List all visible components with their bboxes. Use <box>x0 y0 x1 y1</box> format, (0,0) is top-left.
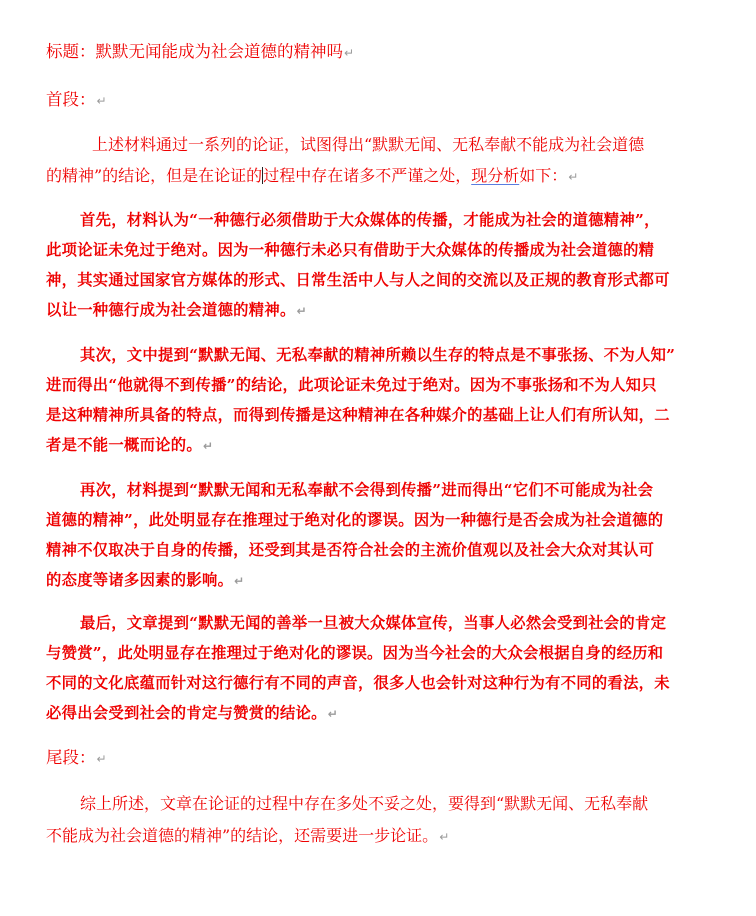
p4-line-1: 最后，文章提到“默默无闻的善举一旦被大众媒体宣传，当事人必然会受到社会的肯定 <box>80 613 750 633</box>
p1-line-2: 此项论证未免过于绝对。因为一种德行未必只有借助于大众媒体的传播成为社会道德的精 <box>46 240 716 260</box>
paragraph-mark-icon: ↵ <box>568 170 578 184</box>
p3-line-3: 精神不仅取决于自身的传播，还受到其是否符合社会的主流价值观以及社会大众对其认可 <box>46 540 716 560</box>
paragraph-mark-icon: ↵ <box>97 94 107 108</box>
p2-line-1: 其次，文中提到“默默无闻、无私奉献的精神所赖以生存的特点是不事张扬、不为人知” <box>80 345 750 365</box>
p4-line-4-text: 必得出会受到社会的肯定与赞赏的结论。 <box>46 704 327 722</box>
p2-line-3: 是这种精神所具备的特点，而得到传播是这种精神在各种媒介的基础上让人们有所认知，二 <box>46 405 716 425</box>
p3-line-2: 道德的精神”，此处明显存在推理过于绝对化的谬误。因为一种德行是否会成为社会道德的 <box>46 510 716 530</box>
intro-line-2: 的精神”的结论，但是在论证的过程中存在诸多不严谨之处，现分析如下：↵ <box>46 166 716 187</box>
conclusion-line-1: 综上所述，文章在论证的过程中存在多处不妥之处，要得到“默默无闻、无私奉献 <box>80 794 750 814</box>
intro-line-1: 上述材料通过一系列的论证，试图得出“默默无闻、无私奉献不能成为社会道德 <box>92 135 756 155</box>
p4-line-3: 不同的文化底蕴而针对这行德行有不同的声音，很多人也会针对这种行为有不同的看法，未 <box>46 673 716 693</box>
grammar-underlined-text[interactable]: 现分析 <box>471 166 519 185</box>
paragraph-mark-icon: ↵ <box>203 439 213 453</box>
p1-line-3: 神，其实通过国家官方媒体的形式、日常生活中人与人之间的交流以及正规的教育形式都可 <box>46 270 716 290</box>
paragraph-mark-icon: ↵ <box>297 304 307 318</box>
conclusion-label: 尾段： <box>46 748 96 767</box>
p2-line-4: 者是不能一概而论的。↵ <box>46 435 716 456</box>
p2-line-2: 进而得出“他就得不到传播”的结论，此项论证未免过于绝对。因为不事张扬和不为人知只 <box>46 375 716 395</box>
paragraph-mark-icon: ↵ <box>97 752 107 766</box>
document-page[interactable]: 标题：默默无闻能成为社会道德的精神吗↵ 首段：↵ 上述材料通过一系列的论证，试图… <box>0 0 756 916</box>
p3-line-1: 再次，材料提到“默默无闻和无私奉献不会得到传播”进而得出“它们不可能成为社会 <box>80 480 750 500</box>
p3-line-4-text: 的态度等诸多因素的影响。 <box>46 571 233 589</box>
p4-line-2: 与赞赏”，此处明显存在推理过于绝对化的谬误。因为当今社会的大众会根据自身的经历和 <box>46 643 716 663</box>
paragraph-mark-icon: ↵ <box>344 46 354 60</box>
paragraph-mark-icon: ↵ <box>328 707 338 721</box>
essay-title-line: 标题：默默无闻能成为社会道德的精神吗↵ <box>46 42 354 63</box>
p1-line-4: 以让一种德行成为社会道德的精神。↵ <box>46 300 716 321</box>
p3-line-4: 的态度等诸多因素的影响。↵ <box>46 570 716 591</box>
conclusion-line-2-text: 不能成为社会道德的精神”的结论，还需要进一步论证。 <box>46 826 438 845</box>
conclusion-line-2: 不能成为社会道德的精神”的结论，还需要进一步论证。↵ <box>46 826 716 847</box>
title-text: 默默无闻能成为社会道德的精神吗 <box>96 42 344 61</box>
intro-label-line: 首段：↵ <box>46 90 107 111</box>
p1-line-4-text: 以让一种德行成为社会道德的精神。 <box>46 301 296 319</box>
intro-label: 首段： <box>46 90 96 109</box>
intro-text-before-cursor: 的精神”的结论，但是在论证的 <box>46 166 262 185</box>
paragraph-mark-icon: ↵ <box>439 830 449 844</box>
intro-text-after-cursor: 过程中存在诸多不严谨之处， <box>263 166 471 185</box>
p4-line-4: 必得出会受到社会的肯定与赞赏的结论。↵ <box>46 703 716 724</box>
paragraph-mark-icon: ↵ <box>234 574 244 588</box>
title-label: 标题： <box>46 42 96 61</box>
conclusion-label-line: 尾段：↵ <box>46 748 107 769</box>
p2-line-4-text: 者是不能一概而论的。 <box>46 436 202 454</box>
intro-text-end: 如下： <box>519 166 567 185</box>
p1-line-1: 首先，材料认为“一种德行必须借助于大众媒体的传播，才能成为社会的道德精神”， <box>80 210 750 230</box>
